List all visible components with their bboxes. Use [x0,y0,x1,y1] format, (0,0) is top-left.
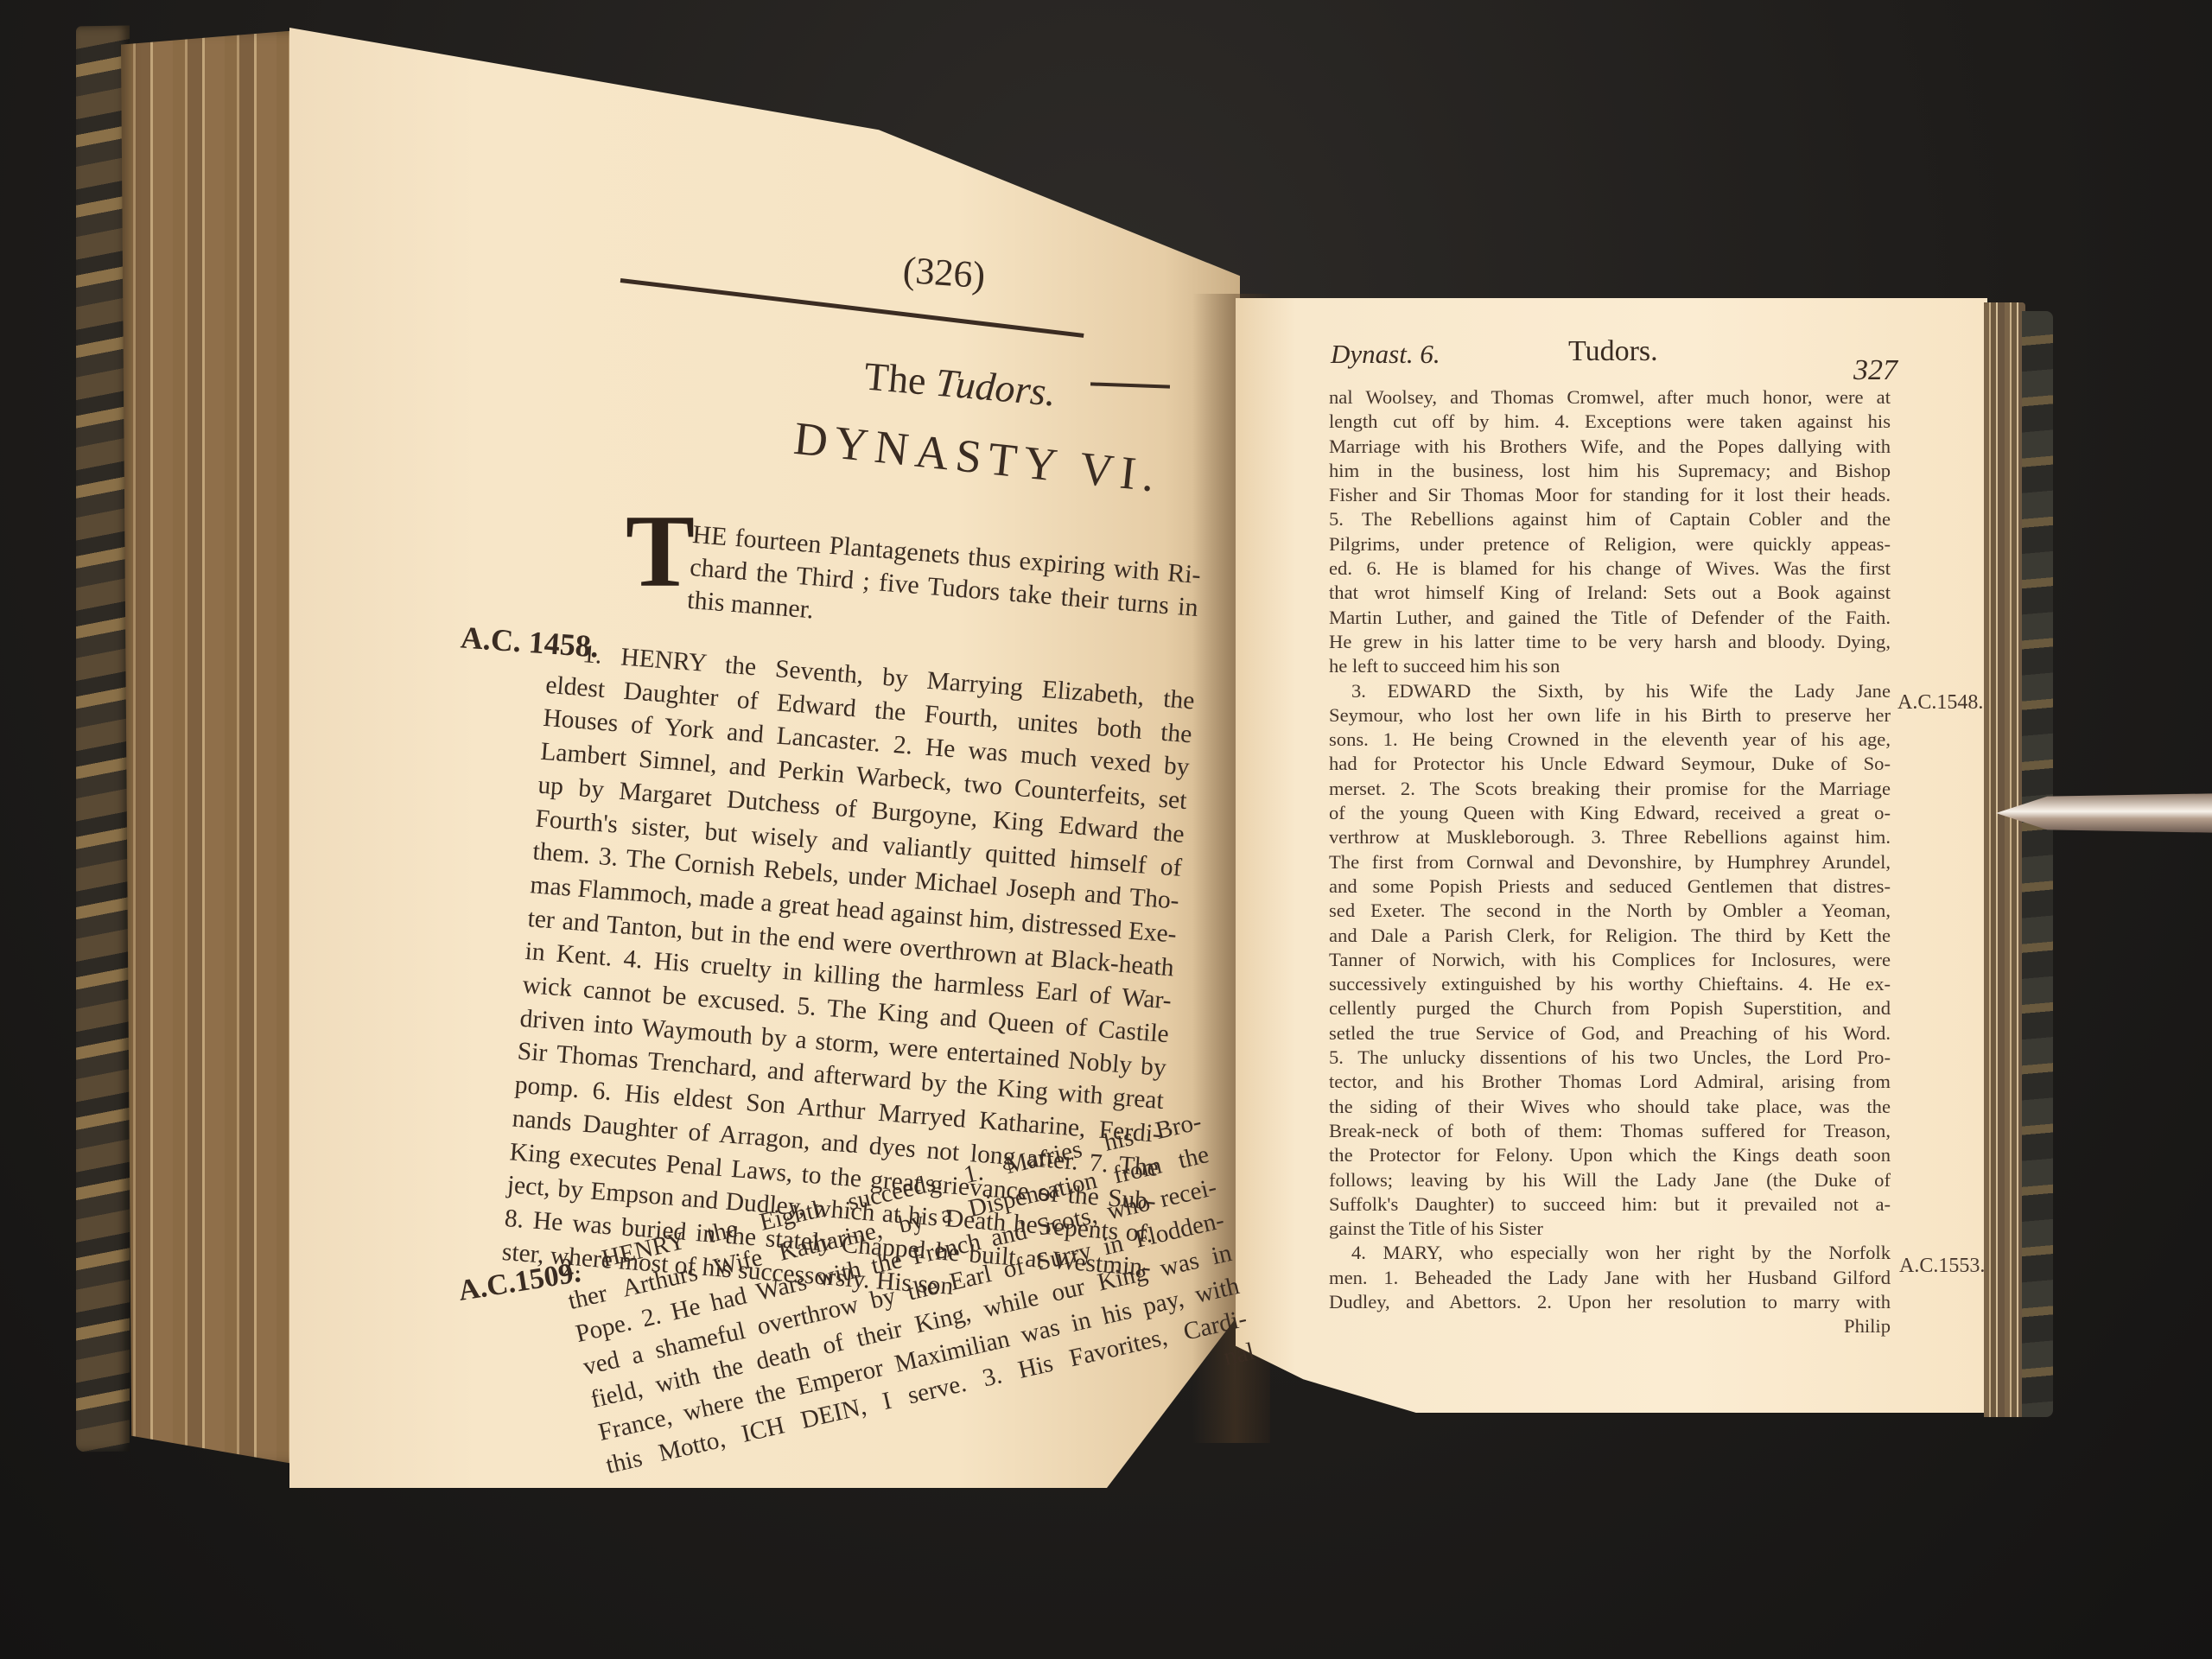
right-page-body: nal Woolsey, and Thomas Cromwel, after m… [1329,385,1891,1339]
text-line: He grew in his latter time to be very ha… [1329,630,1891,654]
left-page-number: (326) [901,248,987,298]
left-fore-edge [121,30,298,1465]
text-line: Tanner of Norwich, with his Complices fo… [1329,948,1891,972]
drop-cap: T [626,499,695,603]
left-cover-binding [76,25,130,1452]
text-line: the siding of their Wives who should tak… [1329,1095,1891,1119]
margin-date: A.C.1548. [1897,691,1983,715]
running-head-left: Dynast. 6. [1331,339,1440,370]
text-line: 5. The unlucky dissentions of his two Un… [1329,1046,1891,1070]
text-line: The first from Cornwal and Devonshire, b… [1329,850,1891,874]
text-line: sons. 1. He being Crowned in the elevent… [1329,728,1891,752]
text-line: verthrow at Muskleborough. 3. Three Rebe… [1329,825,1891,849]
text-line: and some Popish Priests and seduced Gent… [1329,874,1891,899]
text-line: 3. EDWARD the Sixth, by his Wife the Lad… [1329,679,1891,703]
right-cover-binding [2022,311,2053,1417]
text-line: and Dale a Parish Clerk, for Religion. T… [1329,924,1891,948]
text-line: Seymour, who lost her own life in his Bi… [1329,703,1891,728]
text-line: Pilgrims, under pretence of Religion, we… [1329,532,1891,556]
text-line: Fisher and Sir Thomas Moor for standing … [1329,483,1891,507]
text-line: cellently purged the Church from Popish … [1329,996,1891,1020]
text-line: Break-neck of both of them: Thomas suffe… [1329,1119,1891,1143]
right-fore-edge [1984,302,2025,1417]
text-line: ed. 6. He is blamed for his change of Wi… [1329,556,1891,581]
title-italic: Tudors. [934,360,1058,415]
book-photo: (326) The Tudors. DYNASTY VI. T HE fourt… [0,0,2212,1659]
title-prefix: The [862,353,938,404]
text-line: him in the business, lost him his Suprem… [1329,459,1891,483]
text-line: nal Woolsey, and Thomas Cromwel, after m… [1329,385,1891,410]
text-line: successively extinguished by his worthy … [1329,972,1891,996]
running-head-center: Tudors. [1568,335,1658,368]
text-line: follows; leaving by his Will the Lady Ja… [1329,1168,1891,1192]
margin-date: A.C.1553. [1899,1255,1985,1278]
text-line: Marriage with his Brothers Wife, and the… [1329,435,1891,459]
text-line: had for Protector his Uncle Edward Seymo… [1329,752,1891,776]
text-line: the Protector for Felony. Upon which the… [1329,1143,1891,1167]
text-line: Martin Luther, and gained the Title of D… [1329,606,1891,630]
text-line: he left to succeed him his son [1329,654,1891,678]
text-line: 4. MARY, who especially won her right by… [1329,1241,1891,1265]
text-line: Dudley, and Abettors. 2. Upon her resolu… [1329,1290,1891,1314]
text-line: gainst the Title of his Sister [1329,1217,1891,1241]
text-line: merset. 2. The Scots breaking their prom… [1329,777,1891,801]
text-line: Suffolk's Daughter) to succeed him: but … [1329,1192,1891,1217]
text-line: of the young Queen with King Edward, rec… [1329,801,1891,825]
catchword: Philip [1329,1314,1891,1338]
text-line: that wrot himself King of Ireland: Sets … [1329,581,1891,605]
text-line: men. 1. Beheaded the Lady Jane with her … [1329,1266,1891,1290]
text-line: length cut off by him. 4. Exceptions wer… [1329,410,1891,434]
text-line: tector, and his Brother Thomas Lord Admi… [1329,1070,1891,1094]
text-line: setled the true Service of God, and Prea… [1329,1021,1891,1046]
right-page-number: 327 [1853,354,1897,387]
text-line: 5. The Rebellions against him of Captain… [1329,507,1891,531]
text-line: sed Exeter. The second in the North by O… [1329,899,1891,923]
